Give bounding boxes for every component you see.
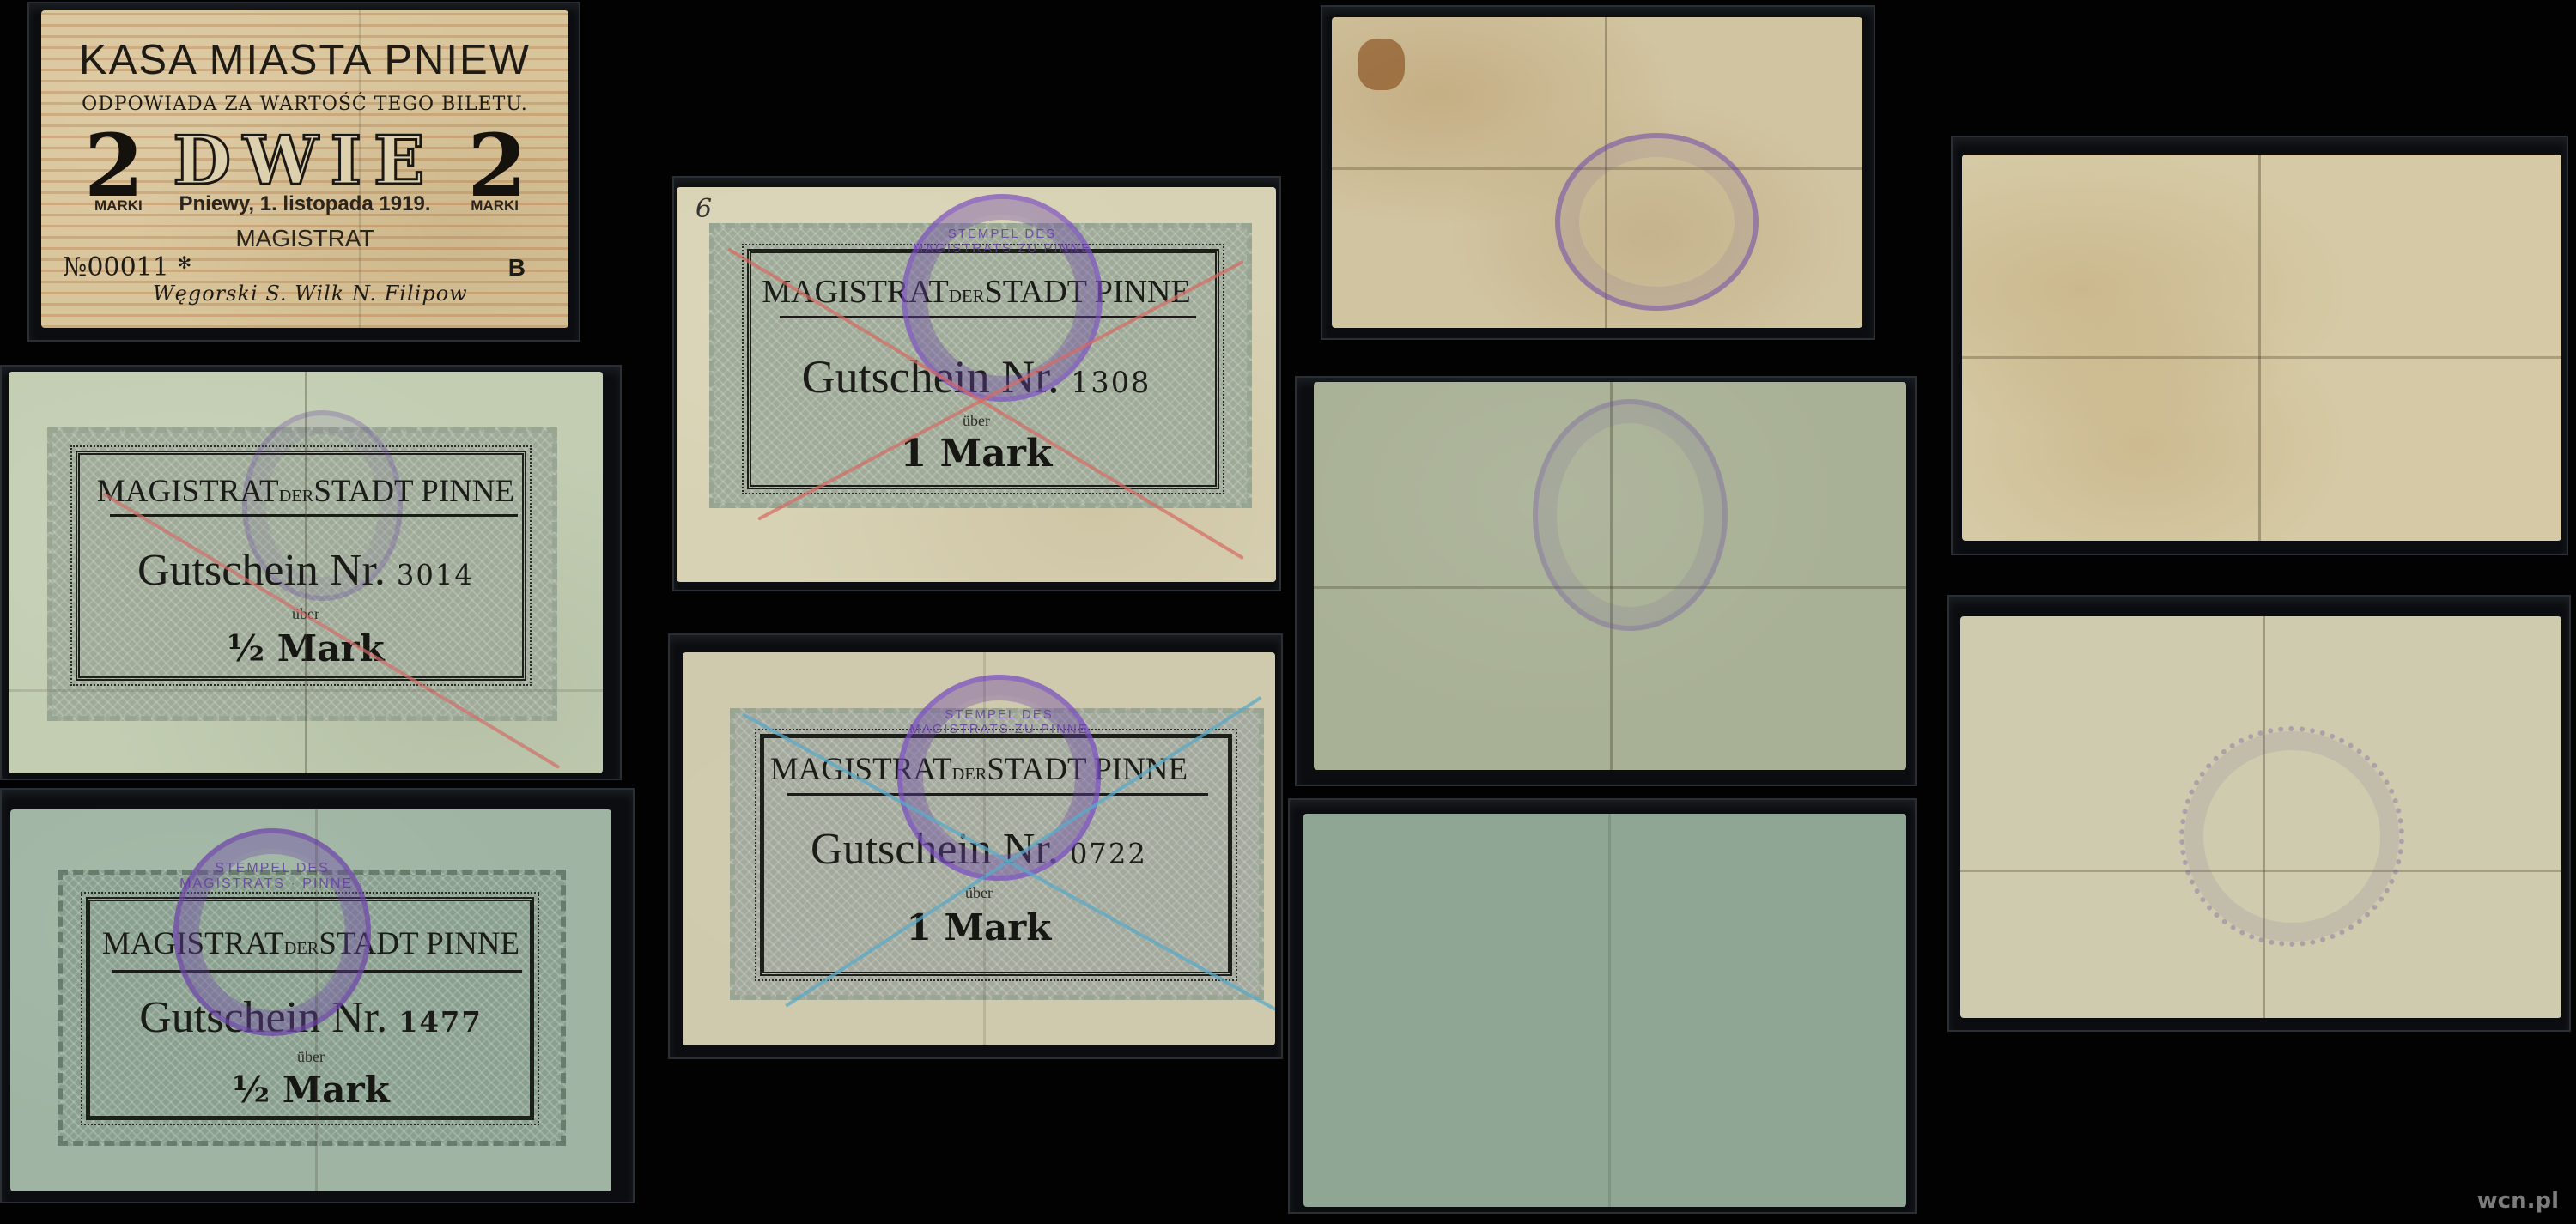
issuer-label: MAGISTRAT — [41, 225, 568, 252]
magistrate-stamp-show-through — [1533, 399, 1728, 631]
voucher-number: 3014 — [397, 559, 474, 591]
banknote-gutschein-3014-reverse — [1314, 382, 1906, 770]
banknote-pniew-2-marki-obverse: KASA MIASTA PNIEW ODPOWIADA ZA WARTOŚĆ T… — [41, 10, 568, 328]
fold-line — [315, 809, 318, 1191]
stamp-legend: STEMPEL DES MAGISTRATS ZU PINNE — [902, 707, 1096, 736]
banknote-gutschein-0722-obverse: MAGISTRATDERSTADT PINNE Gutschein Nr. 07… — [683, 652, 1275, 1045]
fold-line — [1608, 814, 1611, 1207]
series-letter: B — [508, 254, 526, 282]
magistrate-stamp: STEMPEL DES MAGISTRATS · PINNE · — [173, 828, 371, 1036]
fold-line — [2258, 155, 2261, 541]
uber-label: über — [677, 412, 1276, 430]
signatures: Węgorski S. Wilk N. Filipow — [153, 282, 468, 306]
denomination: ½ Mark — [10, 1069, 611, 1111]
banknote-gutschein-1477-reverse — [1303, 814, 1906, 1207]
stamp-legend: STEMPEL DES MAGISTRATS ZU PINNE — [907, 227, 1097, 256]
magistrate-stamp — [1555, 133, 1759, 311]
voucher-number: 1308 — [1071, 366, 1151, 399]
serial-value: №00011 — [63, 252, 169, 282]
banknote-gutschein-1308-reverse — [1962, 155, 2561, 541]
pencil-mark: 6 — [696, 194, 712, 224]
fold-line — [359, 10, 361, 328]
asterisk-ornament-icon: ✻ — [177, 252, 191, 273]
magistrate-stamp-show-through — [2179, 726, 2404, 947]
denomination: 1 Mark — [683, 906, 1275, 948]
stain — [1358, 39, 1405, 90]
magistrate-stamp: STEMPEL DES MAGISTRATS ZU PINNE — [897, 675, 1101, 881]
fold-line — [983, 652, 986, 1045]
note-subtitle: ODPOWIADA ZA WARTOŚĆ TEGO BILETU. — [41, 94, 568, 115]
banknote-gutschein-1308-obverse: 6 MAGISTRATDERSTADT PINNE Gutschein Nr. … — [677, 187, 1276, 582]
voucher-number: 1477 — [398, 1006, 483, 1039]
banknote-gutschein-1477-obverse: MAGISTRATDERSTADT PINNE Gutschein Nr. 14… — [10, 809, 611, 1191]
header-der: DER — [279, 487, 314, 506]
stamp-legend: STEMPEL DES MAGISTRATS · PINNE · — [179, 861, 366, 892]
banknote-pniew-reverse — [1332, 17, 1862, 328]
header-stadt-pinne: STADT PINNE — [313, 474, 514, 509]
uber-label: über — [10, 1048, 611, 1066]
fold-line — [305, 372, 307, 773]
fold-line — [9, 689, 603, 692]
uber-label: über — [683, 884, 1275, 902]
banknote-gutschein-0722-reverse — [1960, 616, 2561, 1018]
denomination: 1 Mark — [677, 432, 1276, 476]
voucher-number: 0722 — [1070, 838, 1147, 870]
header-underline — [110, 514, 518, 517]
unit-label-right: MARKI — [471, 197, 519, 215]
note-title: KASA MIASTA PNIEW — [41, 36, 568, 84]
serial-number: №00011 ✻ — [63, 252, 191, 282]
watermark: wcn.pl — [2477, 1188, 2559, 1214]
banknote-gutschein-3014-obverse: MAGISTRATDERSTADT PINNE Gutschein Nr. 30… — [9, 372, 603, 773]
fold-line — [1962, 356, 2561, 359]
